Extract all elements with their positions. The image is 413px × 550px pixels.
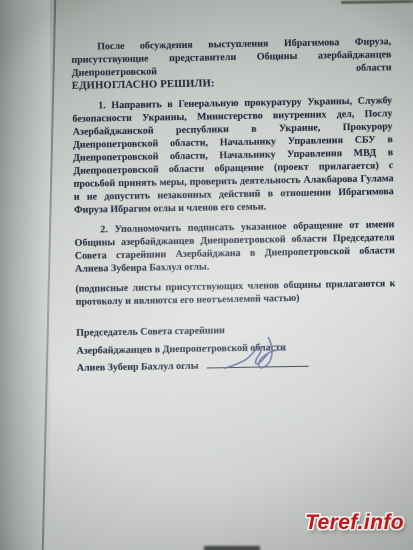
document-photo: После обсуждения выступления Ибрагимова … [0,0,413,550]
signature-handwriting-icon [223,335,290,374]
teref-info-watermark: Teref.info [305,511,404,535]
resolution-item-2: 2. Уполномочить подписать указанное обра… [74,218,395,276]
protocol-text-block: После обсуждения выступления Ибрагимова … [71,35,397,377]
paper-bottom-edge [204,546,260,550]
signature-line [207,356,309,369]
attachment-note: (подписные листы присутствующих членов о… [75,277,395,309]
signature-block: Председатель Совета старейшин Азербайджа… [76,319,397,377]
paper-top-edge-shadow [341,0,413,4]
page-edge-strip [0,0,50,550]
resolution-item-1: 1. Направить в Генеральную прокуратуру У… [72,94,394,217]
intro-paragraph: После обсуждения выступления Ибрагимова … [71,35,392,80]
signatory-name: Алиев Зубеир Бахлул оглы [77,361,199,374]
